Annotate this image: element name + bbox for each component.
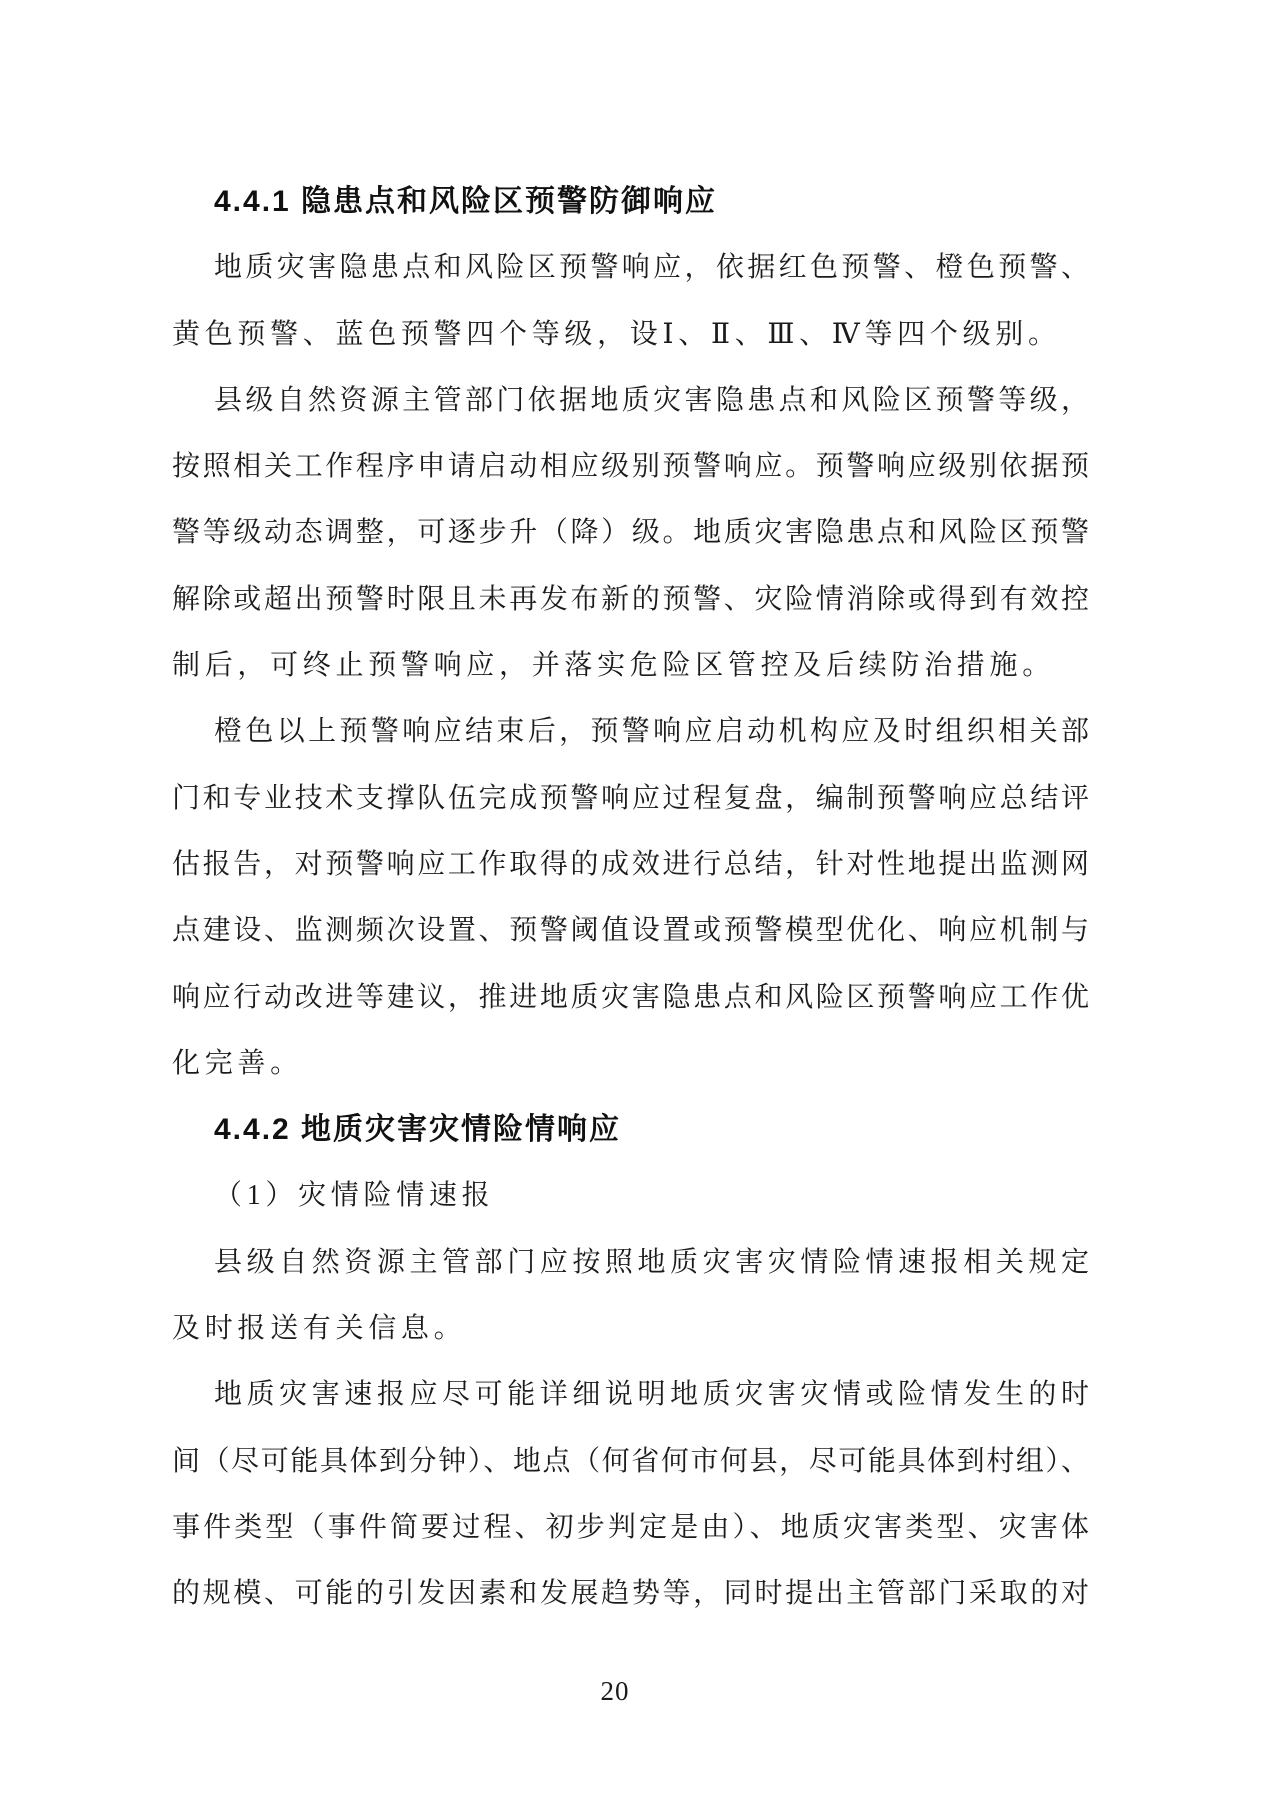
text-line: 地质灾害隐患点和风险区预警响应，依据红色预警、橙色预警、: [172, 235, 1090, 301]
page-number: 20: [0, 1666, 1230, 1716]
text-line: 地质灾害速报应尽可能详细说明地质灾害灾情或险情发生的时: [172, 1362, 1090, 1428]
text-line: 黄色预警、蓝色预警四个等级，设Ⅰ、Ⅱ、Ⅲ、Ⅳ等四个级别。: [172, 302, 1090, 368]
text-block: 4.4.1 隐患点和风险区预警防御响应 地质灾害隐患点和风险区预警响应，依据红色…: [172, 169, 1090, 1628]
text-line: 响应行动改进等建议，推进地质灾害隐患点和风险区预警响应工作优: [172, 965, 1090, 1031]
text-line: 县级自然资源主管部门应按照地质灾害灾情险情速报相关规定: [172, 1230, 1090, 1296]
document-page: 4.4.1 隐患点和风险区预警防御响应 地质灾害隐患点和风险区预警响应，依据红色…: [0, 0, 1280, 1810]
text-line: 事件类型（事件简要过程、初步判定是由）、地质灾害类型、灾害体: [172, 1495, 1090, 1561]
heading-4-4-1: 4.4.1 隐患点和风险区预警防御响应: [172, 169, 1090, 235]
text-line: 点建设、监测频次设置、预警阈值设置或预警模型优化、响应机制与: [172, 898, 1090, 964]
text-line: 警等级动态调整，可逐步升（降）级。地质灾害隐患点和风险区预警: [172, 500, 1090, 566]
text-line: （1）灾情险情速报: [172, 1163, 1090, 1229]
heading-4-4-2: 4.4.2 地质灾害灾情险情响应: [172, 1097, 1090, 1163]
text-line: 估报告，对预警响应工作取得的成效进行总结，针对性地提出监测网: [172, 832, 1090, 898]
text-line: 门和专业技术支撑队伍完成预警响应过程复盘，编制预警响应总结评: [172, 766, 1090, 832]
text-line: 化完善。: [172, 1031, 1090, 1097]
text-line: 按照相关工作程序申请启动相应级别预警响应。预警响应级别依据预: [172, 434, 1090, 500]
text-line: 间（尽可能具体到分钟）、地点（何省何市何县，尽可能具体到村组）、: [172, 1429, 1090, 1495]
text-line: 县级自然资源主管部门依据地质灾害隐患点和风险区预警等级，: [172, 368, 1090, 434]
text-line: 的规模、可能的引发因素和发展趋势等，同时提出主管部门采取的对: [172, 1561, 1090, 1627]
text-line: 橙色以上预警响应结束后，预警响应启动机构应及时组织相关部: [172, 699, 1090, 765]
text-line: 制后，可终止预警响应，并落实危险区管控及后续防治措施。: [172, 633, 1090, 699]
text-line: 及时报送有关信息。: [172, 1296, 1090, 1362]
text-line: 解除或超出预警时限且未再发布新的预警、灾险情消除或得到有效控: [172, 567, 1090, 633]
